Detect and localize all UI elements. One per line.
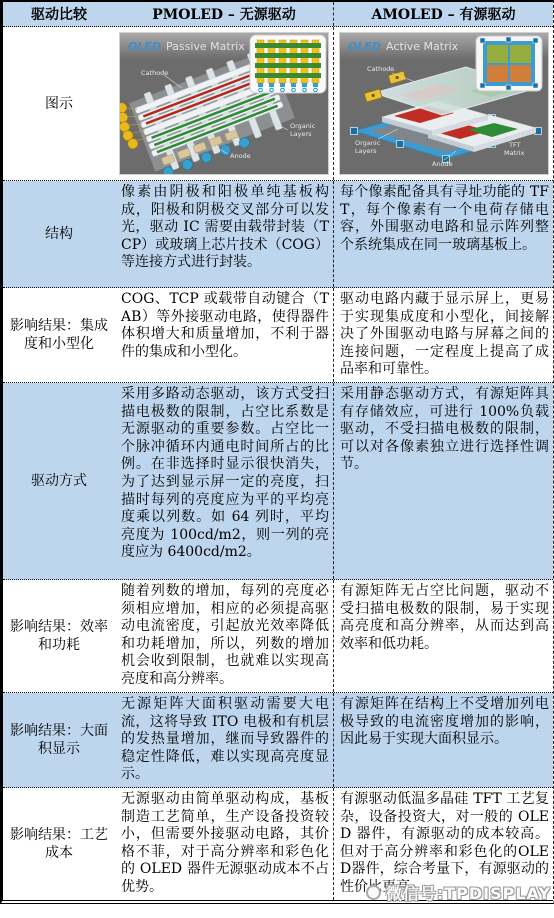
row-large-area-pmoled: 无源矩阵大面积驱动需要大电流，这将导致 ITO 电极和有机层的发热量增加，继而导… [115,693,333,787]
row-process-cost-pmoled: 无源驱动由简单驱动构成，基板制造工艺简单，生产设备投资较小，但需要外接驱动电路，… [115,788,333,900]
row-efficiency-amoled: 有源矩阵无占空比问题，驱动不受扫描电极数的限制，易于实现高亮度和高分辨率，从而达… [333,580,553,692]
am-title-text: Active Matrix [386,40,459,53]
row-structure: 结构 像素由阴极和阳极单纯基板构成，阳极和阴极交叉部分可以发光，驱动 IC 需要… [3,181,553,288]
am-tft-label-1: TFT [508,141,521,149]
watermark-text: 微信号:TPDISPLAY [386,881,551,904]
row-large-area-label: 影响结果：大面积显示 [3,693,115,787]
row-driving-method-amoled: 采用静态驱动方式，有源矩阵具有存储效应，可进行 100%负载驱动，不受扫描电极数… [333,383,553,579]
row-integration: 影响结果：集成度和小型化 COG、TCP 或载带自动键合（TAB）等外接驱动电路… [3,288,553,383]
wechat-icon [366,885,381,900]
pm-title-brand: OLED [128,40,161,53]
pmoled-passive-matrix-image: OLED Passive Matrix Cathode Organic Laye… [119,32,329,175]
am-title-brand: OLED [348,40,381,53]
row-structure-amoled: 每个像素配备具有寻址功能的 TFT，每个像素有一个电荷存储电容，外围驱动电路和显… [333,181,553,287]
row-driving-method-pmoled: 采用多路动态驱动，该方式受扫描电极数的限制，占空比系数是无源驱动的重要参数。占空… [115,383,333,579]
pm-title-text: Passive Matrix [166,40,245,53]
row-structure-label: 结构 [3,181,115,287]
row-structure-pmoled: 像素由阴极和阳极单纯基板构成，阳极和阴极交叉部分可以发光，驱动 IC 需要由载带… [115,181,333,287]
row-efficiency-label: 影响结果：效率和功耗 [3,580,115,692]
row-driving-method-label: 驱动方式 [3,383,115,579]
diagram-row-label: 图示 [3,27,115,180]
header-pmoled-label: PMOLED – 无源驱动 [152,4,296,24]
oled-comparison-table: 驱动比较 PMOLED – 无源驱动 AMOLED – 有源驱动 图示 [0,0,554,904]
row-integration-label: 影响结果：集成度和小型化 [3,288,115,382]
pmoled-diagram-cell: OLED Passive Matrix Cathode Organic Laye… [115,27,333,180]
am-anode-label: Anode [432,160,453,168]
am-organic-label-1: Organic [355,139,381,147]
row-driving-method: 驱动方式 采用多路动态驱动，该方式受扫描电极数的限制，占空比系数是无源驱动的重要… [3,383,553,580]
row-process-cost-label: 影响结果：工艺成本 [3,788,115,900]
pm-anode-label: Anode [230,152,251,160]
amoled-diagram-cell: OLED Active Matrix Cathode Organic Layer… [333,27,553,180]
am-inset-schematic [476,36,542,91]
header-driver-label: 驱动比较 [31,4,87,24]
table-header-row: 驱动比较 PMOLED – 无源驱动 AMOLED – 有源驱动 [3,2,553,27]
pm-inset-schematic [250,35,326,93]
row-integration-amoled: 驱动电路内藏于显示屏上，更易于实现集成度和小型化，间接解决了外围驱动电路与屏幕之… [333,288,553,382]
pm-cathode-label: Cathode [141,69,168,77]
pm-organic-label-2: Layers [290,130,312,138]
row-diagrams: 图示 [3,27,553,181]
row-integration-pmoled: COG、TCP 或载带自动键合（TAB）等外接驱动电路，使得器件体积增大和质量增… [115,288,333,382]
header-amoled-label: AMOLED – 有源驱动 [372,4,516,24]
oled-comparison-page: 驱动比较 PMOLED – 无源驱动 AMOLED – 有源驱动 图示 [0,0,554,918]
row-efficiency-pmoled: 随着列数的增加，每列的亮度必须相应增加，相应的必须提高驱动电流密度，引起放光效率… [115,580,333,692]
header-cell-amoled: AMOLED – 有源驱动 [333,2,553,26]
row-large-area: 影响结果：大面积显示 无源矩阵大面积驱动需要大电流，这将导致 ITO 电极和有机… [3,693,553,788]
pm-organic-label-1: Organic [290,122,316,130]
amoled-active-matrix-image: OLED Active Matrix Cathode Organic Layer… [339,32,549,175]
header-cell-driver: 驱动比较 [3,2,115,26]
am-tft-label-2: Matrix [504,149,525,157]
am-organic-label-2: Layers [355,147,377,155]
watermark: 微信号:TPDISPLAY [366,881,551,904]
header-cell-pmoled: PMOLED – 无源驱动 [115,2,333,26]
row-efficiency: 影响结果：效率和功耗 随着列数的增加，每列的亮度必须相应增加，相应的必须提高驱动… [3,580,553,693]
am-cathode-label: Cathode [367,65,394,73]
row-large-area-amoled: 有源矩阵在结构上不受增加列电极导致的电流密度增加的影响，因此易于实现大面积显示。 [333,693,553,787]
